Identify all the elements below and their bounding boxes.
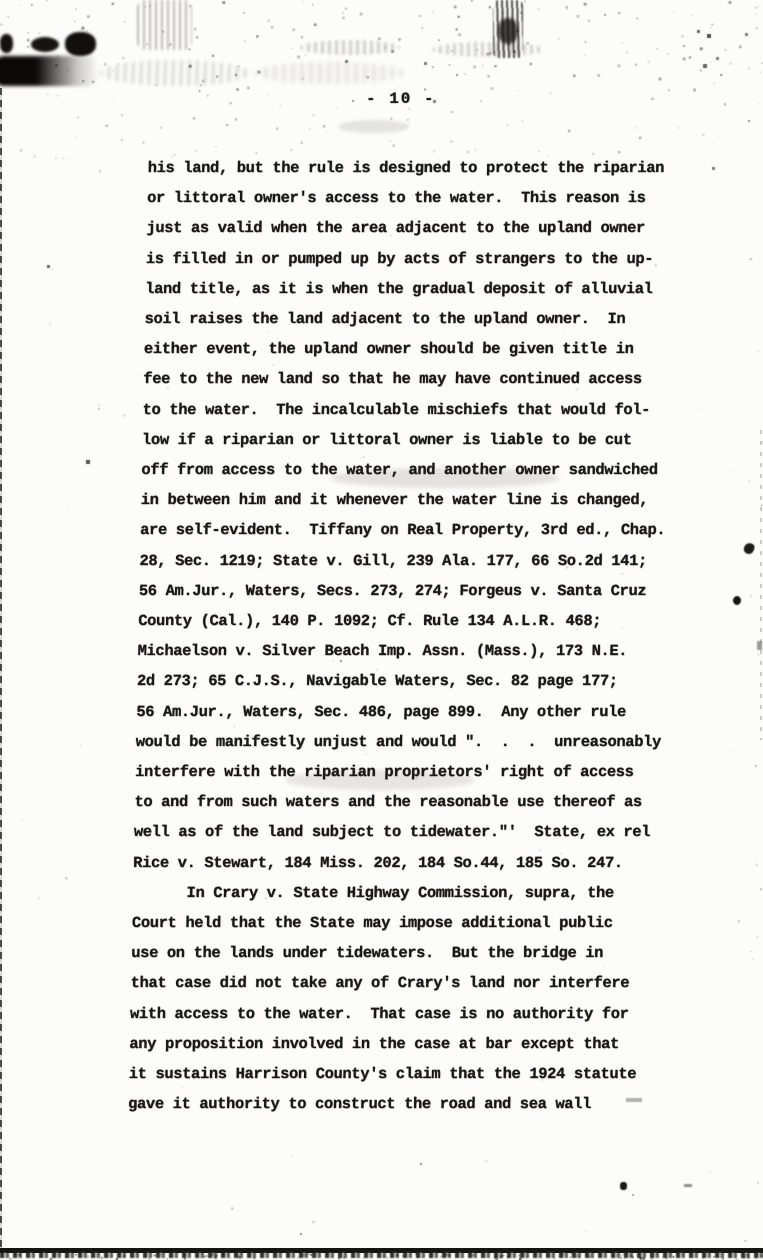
text-line: Rice v. Stewart, 184 Miss. 202, 184 So.4… xyxy=(133,848,694,878)
text-line: that case did not take any of Crary's la… xyxy=(130,968,691,998)
scan-mark xyxy=(620,1182,627,1190)
scan-ink-blob xyxy=(498,18,518,44)
text-line: to the water. The incalculable mischiefs… xyxy=(142,395,703,425)
scan-mark xyxy=(742,542,755,556)
text-line: 56 Am.Jur., Waters, Secs. 273, 274; Forg… xyxy=(139,576,700,606)
scan-ink-blob xyxy=(31,37,59,52)
text-line: 56 Am.Jur., Waters, Sec. 486, page 899. … xyxy=(136,697,697,727)
text-line: use on the lands under tidewaters. But t… xyxy=(131,938,692,968)
text-line: off from access to the water, and anothe… xyxy=(141,455,702,485)
text-line: 28, Sec. 1219; State v. Gill, 239 Ala. 1… xyxy=(139,546,700,576)
text-line: interfere with the riparian proprietors'… xyxy=(135,757,696,787)
text-line: soil raises the land adjacent to the upl… xyxy=(144,304,705,334)
scan-fuzzy-smudge xyxy=(432,42,544,57)
text-line: well as of the land subject to tidewater… xyxy=(133,817,694,847)
text-line: County (Cal.), 140 P. 1092; Cf. Rule 134… xyxy=(138,606,699,636)
scan-ink-blob xyxy=(65,32,96,56)
scan-fuzzy-smudge xyxy=(300,40,400,55)
text-line: Court held that the State may impose add… xyxy=(132,908,693,938)
text-line: low if a riparian or littoral owner is l… xyxy=(142,425,703,455)
scan-edge-right-line xyxy=(760,430,762,740)
text-line: land title, as it is when the gradual de… xyxy=(145,274,706,304)
scan-streak-smudge xyxy=(493,0,523,58)
text-line: are self-evident. Tiffany on Real Proper… xyxy=(140,515,701,545)
scan-edge-left-line xyxy=(0,88,2,1248)
scan-mark xyxy=(684,1184,692,1187)
text-line: in between him and it whenever the water… xyxy=(140,485,701,515)
text-line: would be manifestly unjust and would ". … xyxy=(135,727,696,757)
text-line: Michaelson v. Silver Beach Imp. Assn. (M… xyxy=(137,636,698,666)
scan-streak-smudge xyxy=(137,0,192,50)
text-line: gave it authority to construct the road … xyxy=(128,1089,689,1119)
text-line: is filled in or pumped up by acts of str… xyxy=(145,244,706,274)
scan-fuzzy-smudge xyxy=(338,120,410,133)
text-line: fee to the new land so that he may have … xyxy=(143,364,704,394)
text-line: it sustains Harrison County's claim that… xyxy=(128,1059,689,1089)
scan-bottom-fringe xyxy=(0,1252,763,1258)
text-line: his land, but the rule is designed to pr… xyxy=(147,153,708,183)
scan-fuzzy-smudge xyxy=(100,60,250,86)
text-line: either event, the upland owner should be… xyxy=(144,334,705,364)
scan-ink-streak xyxy=(0,56,99,86)
text-line: or littoral owner's access to the water.… xyxy=(147,183,708,213)
text-line: 2d 273; 65 C.J.S., Navigable Waters, Sec… xyxy=(137,666,698,696)
document-text: his land, but the rule is designed to pr… xyxy=(128,153,708,1120)
scan-fuzzy-smudge xyxy=(255,62,405,84)
page-number: - 10 - xyxy=(366,90,436,108)
text-line: with access to the water. That case is n… xyxy=(130,999,691,1029)
text-line: any proposition involved in the case at … xyxy=(129,1029,690,1059)
text-line: just as valid when the area adjacent to … xyxy=(146,213,707,243)
scan-mark xyxy=(733,596,741,605)
scan-ink-blob xyxy=(0,34,13,53)
scanned-document-page: - 10 - his land, but the rule is designe… xyxy=(0,0,763,1260)
text-line: to and from such waters and the reasonab… xyxy=(134,787,695,817)
text-line: In Crary v. State Highway Commission, su… xyxy=(132,878,693,908)
